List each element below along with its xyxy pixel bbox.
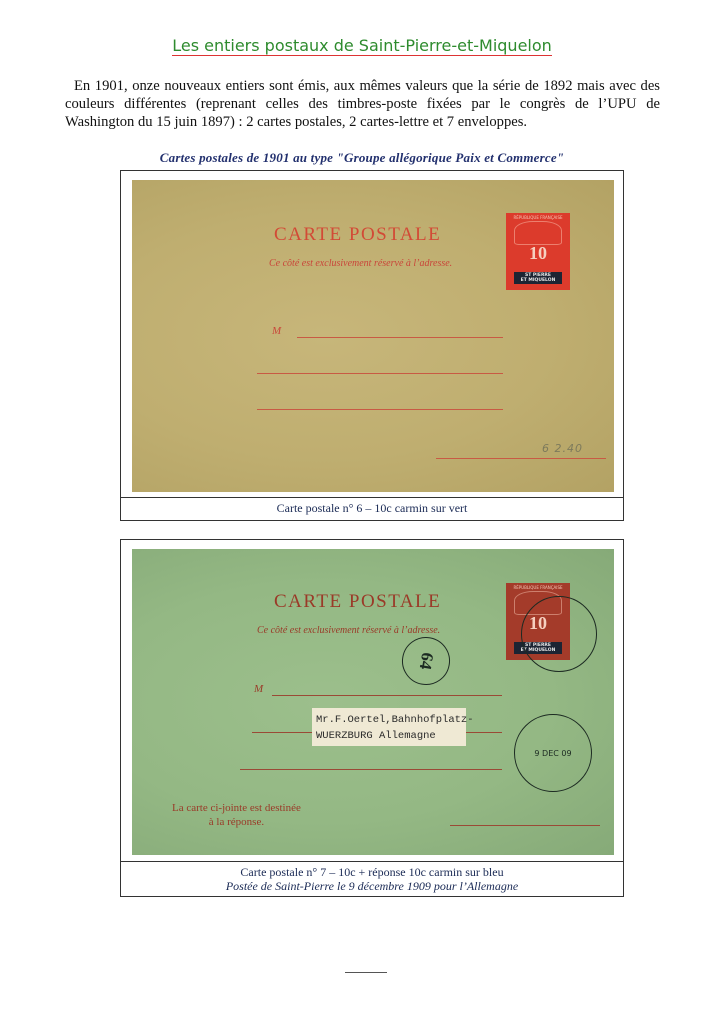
postcard-frame-7: CARTE POSTALE Ce côté est exclusivement … (120, 539, 624, 897)
card-subtitle: Ce côté est exclusivement réservé à l’ad… (269, 258, 452, 269)
postmark-cancel-icon (521, 596, 597, 672)
address-line (257, 409, 503, 410)
postcard-caption: Carte postale n° 7 – 10c + réponse 10c c… (121, 861, 623, 895)
card-subtitle: Ce côté est exclusivement réservé à l’ad… (257, 625, 440, 636)
stamp-imprint: RÉPUBLIQUE FRANÇAISE 10 ST PIERREET MIQU… (506, 213, 570, 290)
postcard-frame-6: CARTE POSTALE Ce côté est exclusivement … (120, 170, 624, 521)
section-title: Cartes postales de 1901 au type "Groupe … (0, 150, 724, 166)
pencil-note: 6 2.40 (542, 442, 583, 455)
page-title: Les entiers postaux de Saint-Pierre-et-M… (0, 36, 724, 55)
address-line (436, 458, 606, 459)
page-mark (345, 972, 387, 973)
stamp-overprint: ST PIERREET MIQUELON (514, 272, 562, 284)
postcard-image-6: CARTE POSTALE Ce côté est exclusivement … (132, 180, 614, 492)
address-line (257, 373, 503, 374)
address-line (297, 337, 503, 338)
address-line (272, 695, 502, 696)
address-prefix: M (254, 683, 263, 695)
postcard-image-7: CARTE POSTALE Ce côté est exclusivement … (132, 549, 614, 855)
intro-paragraph: En 1901, onze nouveaux entiers sont émis… (65, 77, 660, 131)
address-label: Mr.F.Oertel,Bahnhofplatz- WUERZBURG Alle… (312, 708, 466, 746)
allegory-figure-icon (514, 221, 562, 245)
postmark-number: 64 (398, 633, 454, 689)
address-line (240, 769, 502, 770)
card-title: CARTE POSTALE (274, 591, 441, 613)
postcard-caption: Carte postale n° 6 – 10c carmin sur vert (121, 497, 623, 519)
reply-note: La carte ci-jointe est destinée à la rép… (172, 801, 301, 829)
card-title: CARTE POSTALE (274, 224, 441, 246)
postmark-date-stamp: 9 DEC 09 (514, 714, 592, 792)
address-prefix: M (272, 325, 281, 337)
address-line (450, 825, 600, 826)
